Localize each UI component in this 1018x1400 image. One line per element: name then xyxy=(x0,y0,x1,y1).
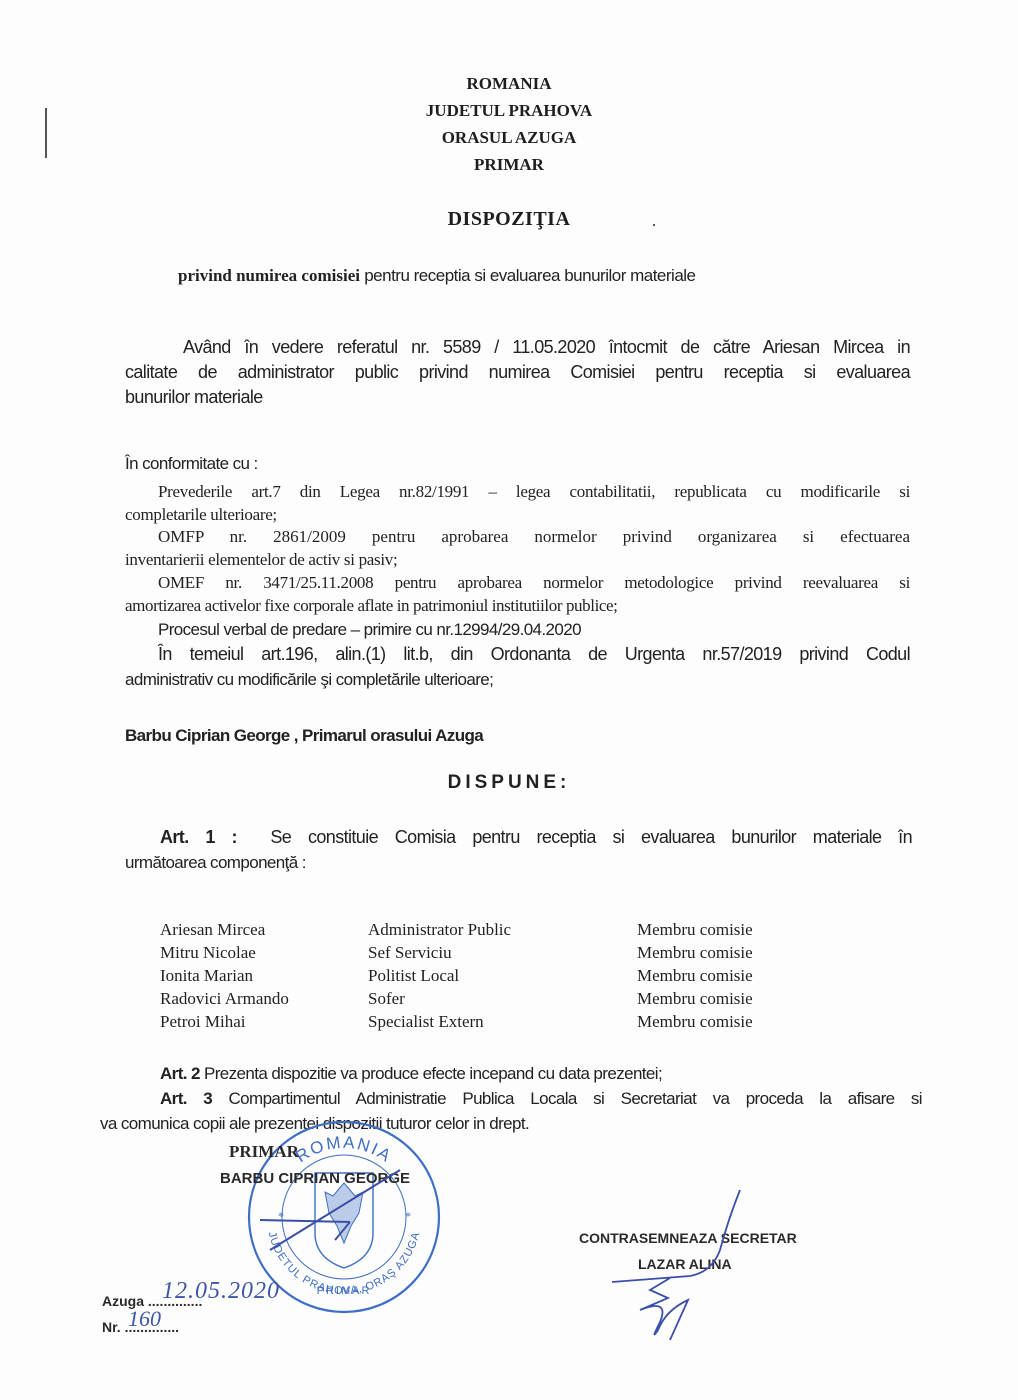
art3-line-1: Art. 3 Compartimentul Administratie Publ… xyxy=(160,1089,922,1109)
art3-label: Art. 3 xyxy=(160,1089,212,1108)
member-position: Membru comisie xyxy=(637,966,753,986)
conformity-heading: În conformitate cu : xyxy=(125,454,258,474)
art2-text: Prezenta dispozitie va produce efecte in… xyxy=(200,1064,662,1083)
conformity-item-4: Procesul verbal de predare – primire cu … xyxy=(158,620,581,640)
member-position: Membru comisie xyxy=(637,920,753,940)
dispune-heading: DISPUNE: xyxy=(0,772,1018,794)
member-name: Petroi Mihai xyxy=(160,1012,245,1032)
conformity-item-2-line-2: inventarierii elementelor de activ si pa… xyxy=(125,550,397,570)
svg-text:PRIMAR: PRIMAR xyxy=(317,1285,372,1297)
header-country: ROMANIA xyxy=(0,74,1018,94)
member-role: Sofer xyxy=(368,989,405,1009)
art1-line-1: Art. 1 : Se constituie Comisia pentru re… xyxy=(160,827,912,848)
document-title: DISPOZIŢIA xyxy=(0,208,1018,231)
art3-text: Compartimentul Administratie Publica Loc… xyxy=(212,1089,922,1108)
art1-line-2: următoarea componenţă : xyxy=(125,853,306,873)
conformity-item-3-line-2: amortizarea activelor fixe corporale afl… xyxy=(125,596,618,616)
member-role: Sef Serviciu xyxy=(368,943,452,963)
secretary-signature xyxy=(600,1180,760,1350)
member-name: Ariesan Mircea xyxy=(160,920,265,940)
art1-label: Art. 1 : xyxy=(160,827,237,847)
handwritten-date: 12.05.2020 xyxy=(162,1278,280,1305)
subject-rest: pentru receptia si evaluarea bunurilor m… xyxy=(360,266,696,285)
header-office: PRIMAR xyxy=(0,155,1018,175)
member-position: Membru comisie xyxy=(637,1012,753,1032)
member-name: Ionita Marian xyxy=(160,966,253,986)
art2-label: Art. 2 xyxy=(160,1064,200,1083)
art1-text: Se constituie Comisia pentru receptia si… xyxy=(270,827,912,847)
speck xyxy=(653,224,655,226)
conformity-item-3-line-1: OMEF nr. 3471/25.11.2008 pentru aprobare… xyxy=(158,573,910,593)
member-name: Radovici Armando xyxy=(160,989,289,1009)
intro-line-3: bunurilor materiale xyxy=(125,387,263,408)
intro-line-1: Având în vedere referatul nr. 5589 / 11.… xyxy=(183,337,910,358)
intro-line-2: calitate de administrator public privind… xyxy=(125,362,910,383)
member-role: Administrator Public xyxy=(368,920,511,940)
conformity-item-5-line-2: administrativ cu modificările şi complet… xyxy=(125,670,493,690)
conformity-item-2-line-1: OMFP nr. 2861/2009 pentru aprobarea norm… xyxy=(158,527,910,547)
header-county: JUDETUL PRAHOVA xyxy=(0,101,1018,121)
conformity-item-1-line-1: Prevederile art.7 din Legea nr.82/1991 –… xyxy=(158,482,910,502)
conformity-item-1-line-2: completarile ulterioare; xyxy=(125,505,277,525)
member-name: Mitru Nicolae xyxy=(160,943,256,963)
conformity-item-5-line-1: În temeiul art.196, alin.(1) lit.b, din … xyxy=(158,644,910,665)
mayor-signature xyxy=(240,1150,440,1260)
member-role: Politist Local xyxy=(368,966,459,986)
header-town: ORASUL AZUGA xyxy=(0,128,1018,148)
member-role: Specialist Extern xyxy=(368,1012,484,1032)
art2: Art. 2 Prezenta dispozitie va produce ef… xyxy=(160,1064,662,1084)
subject-bold: privind numirea comisiei xyxy=(178,266,360,285)
handwritten-number: 160 xyxy=(128,1306,161,1332)
member-position: Membru comisie xyxy=(637,989,753,1009)
mayor-line: Barbu Ciprian George , Primarul orasului… xyxy=(125,726,483,746)
member-position: Membru comisie xyxy=(637,943,753,963)
number-label: Nr. xyxy=(102,1319,125,1335)
subject-line: privind numirea comisiei pentru receptia… xyxy=(178,266,696,286)
